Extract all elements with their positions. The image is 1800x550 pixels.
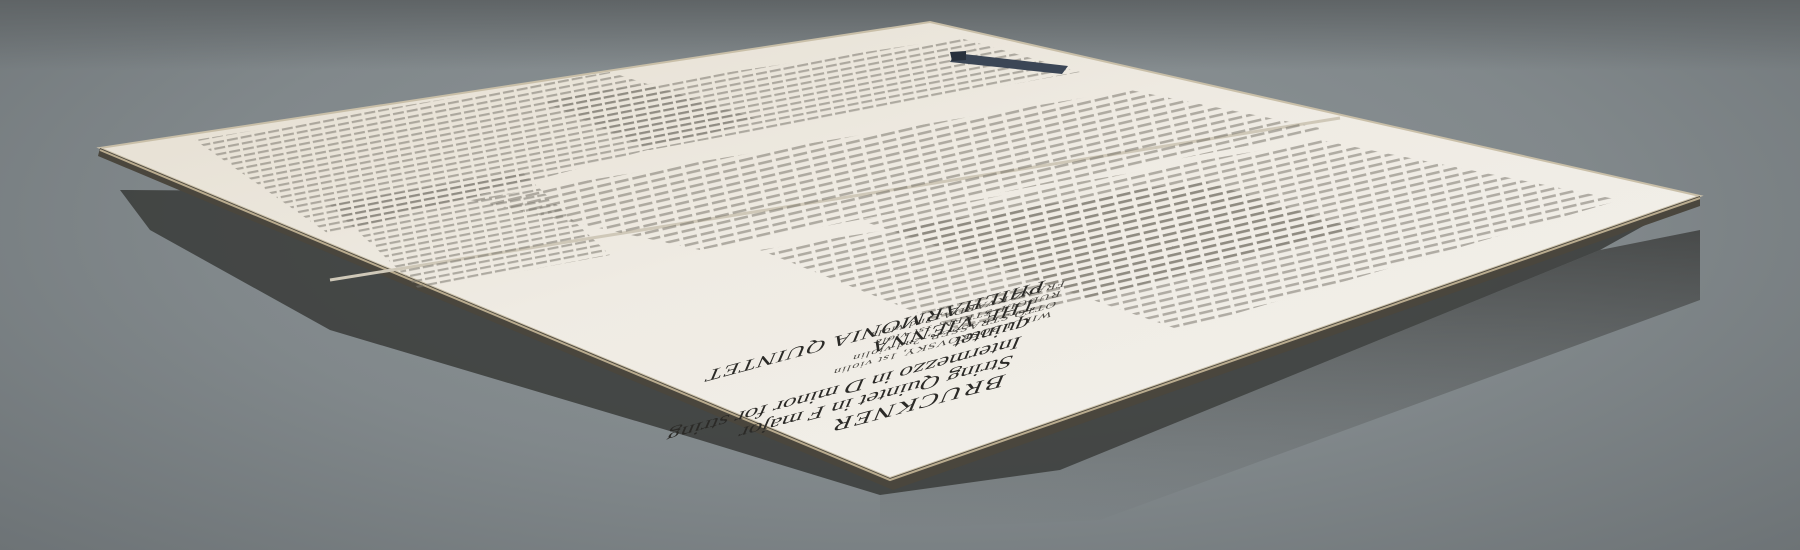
- sleeve-illustration: [0, 0, 1800, 550]
- photo-scene: WILLI BOSKOVSKY, 1st violin OTTO STRASSE…: [0, 0, 1800, 550]
